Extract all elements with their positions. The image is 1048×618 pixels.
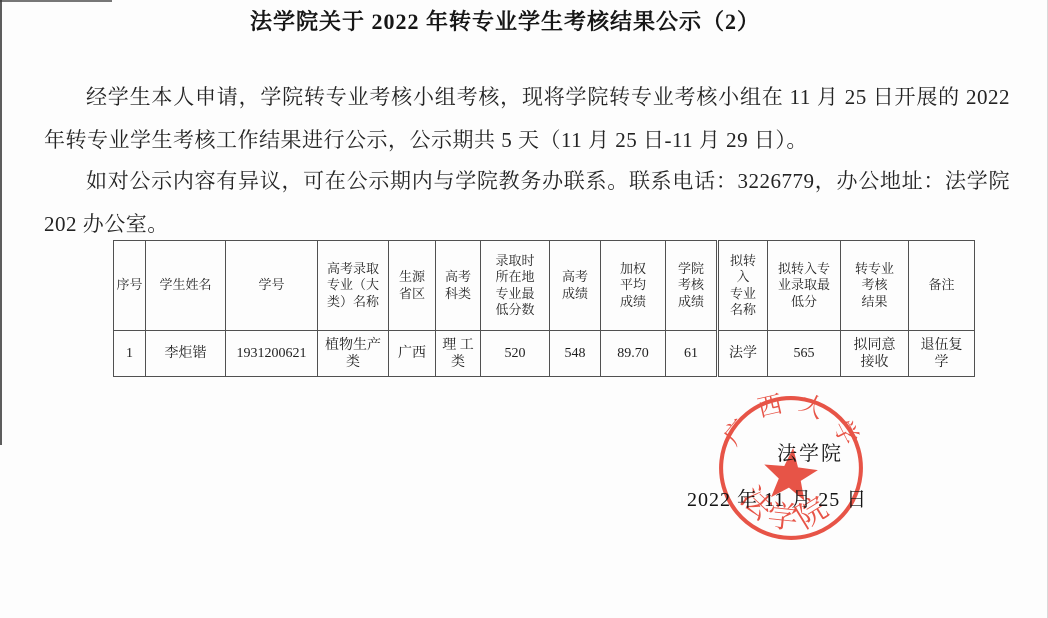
cell: 1931200621: [226, 331, 318, 377]
column-header: 加权 平均 成绩: [601, 241, 666, 331]
paragraph-announcement: 经学生本人申请，学院转专业考核小组考核，现将学院转专业考核小组在 11 月 25…: [44, 76, 1010, 162]
signature-date: 2022 年 11 月 25 日: [687, 483, 867, 512]
column-header: 高考 成绩: [550, 241, 601, 331]
cell: 李炬锴: [146, 331, 226, 377]
paragraph-contact: 如对公示内容有异议，可在公示期内与学院教务办联系。联系电话：3226779，办公…: [44, 160, 1010, 246]
column-header: 拟转入专 业录取最 低分: [768, 241, 841, 331]
column-header: 高考 科类: [436, 241, 481, 331]
cell: 548: [550, 331, 601, 377]
column-header: 学生姓名: [146, 241, 226, 331]
table-row: 1李炬锴1931200621植物生产 类广西理 工 类52054889.7061…: [114, 331, 975, 377]
results-table-container: 序号学生姓名学号高考录取 专业（大 类）名称生源 省区高考 科类录取时 所在地 …: [113, 240, 975, 377]
cell: 1: [114, 331, 146, 377]
cell: 61: [666, 331, 718, 377]
column-header: 学院 考核 成绩: [666, 241, 718, 331]
column-header: 录取时 所在地 专业最 低分数: [481, 241, 550, 331]
column-header: 学号: [226, 241, 318, 331]
column-header: 高考录取 专业（大 类）名称: [318, 241, 389, 331]
column-header: 生源 省区: [389, 241, 436, 331]
cell: 89.70: [601, 331, 666, 377]
column-header: 备注: [909, 241, 975, 331]
cell: 拟同意 接收: [841, 331, 909, 377]
cell: 广西: [389, 331, 436, 377]
column-header: 拟转 入 专业 名称: [718, 241, 768, 331]
table-body: 1李炬锴1931200621植物生产 类广西理 工 类52054889.7061…: [114, 331, 975, 377]
column-header: 序号: [114, 241, 146, 331]
signature-department: 法学院: [770, 437, 850, 466]
cell: 理 工 类: [436, 331, 481, 377]
cell: 520: [481, 331, 550, 377]
table-header-row: 序号学生姓名学号高考录取 专业（大 类）名称生源 省区高考 科类录取时 所在地 …: [114, 241, 975, 331]
official-seal-stamp: 广西大学 法学院: [714, 391, 868, 545]
scan-edge-top: [0, 0, 112, 2]
column-header: 转专业 考核 结果: [841, 241, 909, 331]
cell: 565: [768, 331, 841, 377]
cell: 植物生产 类: [318, 331, 389, 377]
results-table: 序号学生姓名学号高考录取 专业（大 类）名称生源 省区高考 科类录取时 所在地 …: [113, 240, 975, 377]
document-page: 法学院关于 2022 年转专业学生考核结果公示（2） 经学生本人申请，学院转专业…: [0, 0, 1048, 618]
document-title: 法学院关于 2022 年转专业学生考核结果公示（2）: [0, 5, 1029, 36]
scan-edge-left: [0, 0, 2, 445]
cell: 退伍复 学: [909, 331, 975, 377]
cell: 法学: [718, 331, 768, 377]
